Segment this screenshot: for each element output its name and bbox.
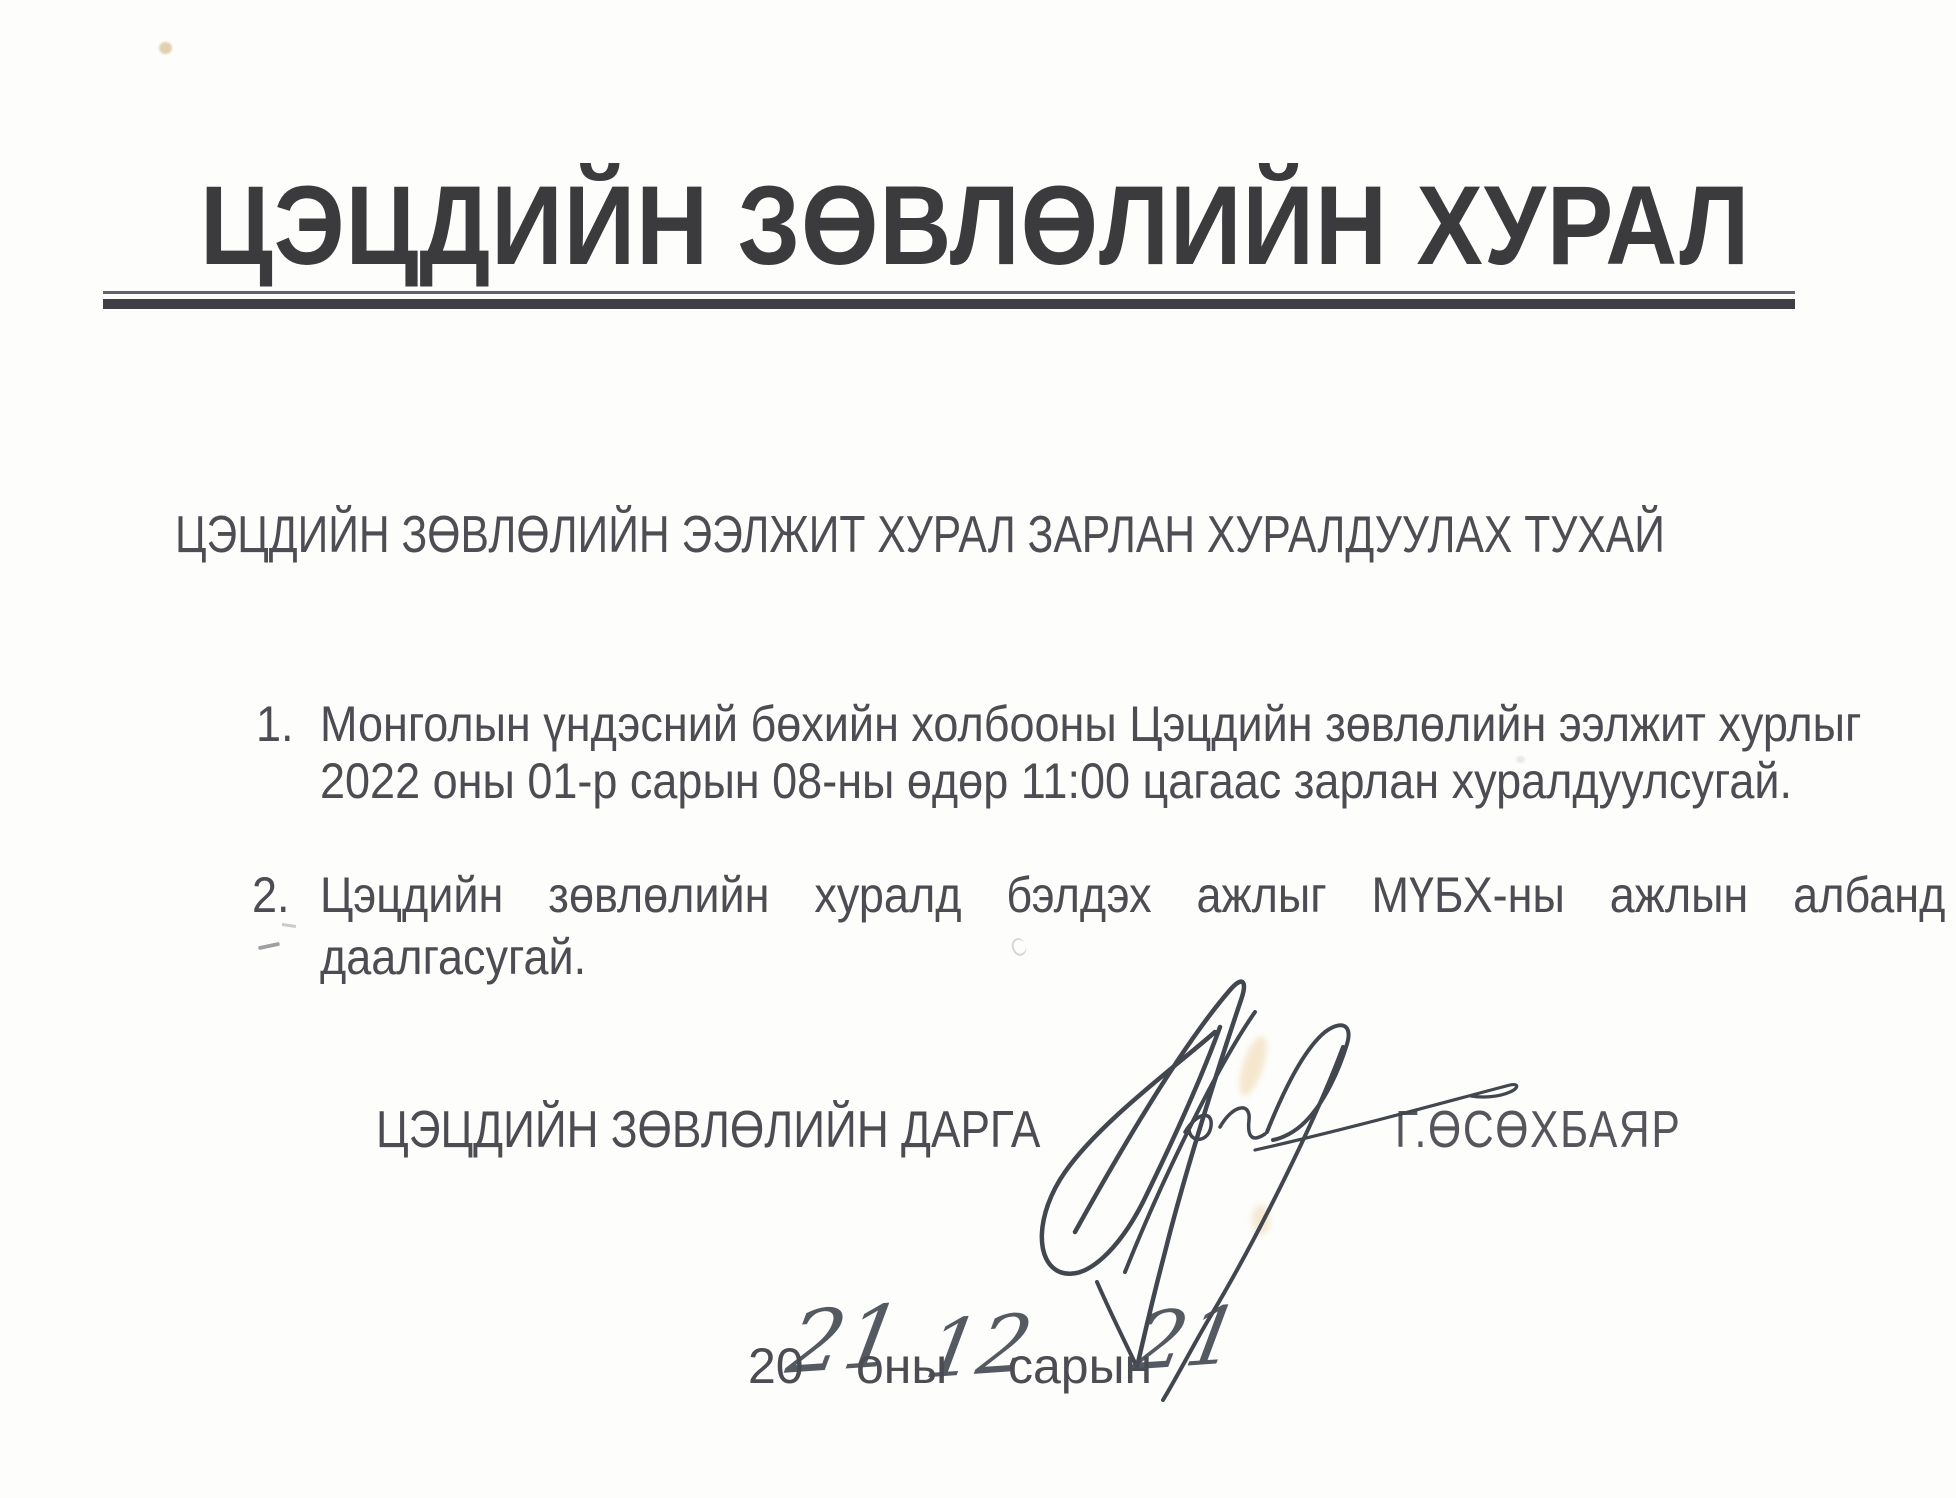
list-item-line: Монголын үндэсний бөхийн холбооны Цэцдий… — [320, 697, 1861, 752]
handwritten-day: 21 — [1127, 1289, 1247, 1389]
list-item-number: 1. — [256, 697, 294, 752]
pen-mark — [1009, 936, 1028, 958]
pen-mark — [258, 942, 280, 950]
letterhead-rule-thick — [103, 299, 1795, 309]
list-item-line: 2022 оны 01-р сарын 08-ны өдөр 11:00 цаг… — [320, 754, 1792, 809]
document-subject: ЦЭЦДИЙН ЗӨВЛӨЛИЙН ЭЭЛЖИТ ХУРАЛ ЗАРЛАН ХУ… — [175, 507, 1665, 564]
scanned-document-page: ЦЭЦДИЙН ЗӨВЛӨЛИЙН ХУРАЛ ЦЭЦДИЙН ЗӨВЛӨЛИЙ… — [0, 0, 1956, 1498]
signatory-role-label: ЦЭЦДИЙН ЗӨВЛӨЛИЙН ДАРГА — [376, 1100, 1040, 1160]
paper-stain — [159, 42, 172, 54]
pen-mark — [282, 923, 296, 928]
list-item-line: Цэцдийн зөвлөлийн хуралд бэлдэх ажлыг МҮ… — [320, 868, 1945, 923]
list-item-line: даалгасугай. — [320, 930, 586, 985]
list-item-number: 2. — [252, 868, 290, 923]
letterhead-rule-thin — [103, 291, 1795, 294]
document-title: ЦЭЦДИЙН ЗӨВЛӨЛИЙН ХУРАЛ — [200, 170, 1750, 282]
